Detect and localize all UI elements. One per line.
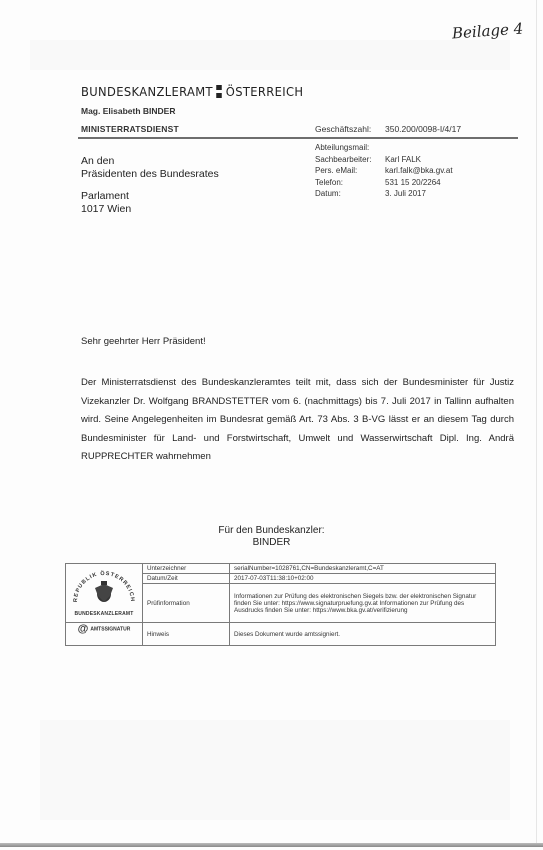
scan-bleed-through xyxy=(30,40,510,70)
recipient-line: 1017 Wien xyxy=(81,203,219,216)
recipient-address: An den Präsidenten des Bundesrates Parla… xyxy=(81,155,219,216)
note-value: Dieses Dokument wurde amtssigniert. xyxy=(230,623,496,646)
datetime-value: 2017-07-03T11:38:10+02:00 xyxy=(230,574,496,584)
meta-row: Sachbearbeiter:Karl FALK xyxy=(315,155,453,167)
signatory-name: BINDER xyxy=(0,537,543,549)
recipient-line: An den xyxy=(81,155,219,168)
meta-value: Karl FALK xyxy=(385,155,421,164)
seal-cell: REPUBLIK ÖSTERREICH BUNDESKANZLERAMT xyxy=(66,564,143,623)
meta-row: Datum:3. Juli 2017 xyxy=(315,189,453,201)
contact-meta: Abteilungsmail: Sachbearbeiter:Karl FALK… xyxy=(315,143,453,201)
amtssignatur-icon: @ xyxy=(78,623,89,635)
amtssignatur-label: AMTSSIGNATUR xyxy=(90,627,130,633)
salutation: Sehr geehrter Herr Präsident! xyxy=(81,336,206,347)
logo-left-text: BUNDESKANZLERAMT xyxy=(81,84,213,99)
meta-row: Telefon:531 15 20/2264 xyxy=(315,178,453,190)
meta-value: 3. Juli 2017 xyxy=(385,189,426,198)
department: MINISTERRATSDIENST xyxy=(81,124,179,134)
datetime-label: Datum/Zeit xyxy=(143,574,230,584)
reference-label: Geschäftszahl: xyxy=(315,124,371,134)
meta-label: Datum: xyxy=(315,189,385,198)
austrian-eagle-seal-icon: REPUBLIK ÖSTERREICH xyxy=(69,566,139,610)
sender-name: Mag. Elisabeth BINDER xyxy=(81,106,175,116)
seal-organization: BUNDESKANZLERAMT xyxy=(66,611,142,617)
reference-number: 350.200/0098-I/4/17 xyxy=(385,124,461,134)
closing: Für den Bundeskanzler: BINDER xyxy=(0,525,543,549)
handwritten-annotation: Beilage 4 xyxy=(451,20,523,43)
meta-label: Pers. eMail: xyxy=(315,166,385,175)
meta-label: Telefon: xyxy=(315,178,385,187)
austria-flag-mark-icon xyxy=(217,84,223,98)
recipient-line: Parlament xyxy=(81,190,219,203)
page-edge xyxy=(0,843,543,847)
closing-line: Für den Bundeskanzler: xyxy=(0,525,543,537)
meta-value: 531 15 20/2264 xyxy=(385,178,441,187)
signature-block: REPUBLIK ÖSTERREICH BUNDESKANZLERAMT Unt… xyxy=(65,563,496,646)
note-label: Hinweis xyxy=(143,623,230,646)
letter-body: Der Ministerratsdienst des Bundeskanzler… xyxy=(81,374,514,467)
signer-label: Unterzeichner xyxy=(143,564,230,574)
scan-bleed-through xyxy=(40,720,510,820)
logo-right-text: ÖSTERREICH xyxy=(226,84,304,99)
page-edge xyxy=(536,0,537,845)
meta-value: karl.falk@bka.gv.at xyxy=(385,166,453,175)
letterhead-logo: BUNDESKANZLERAMTÖSTERREICH xyxy=(81,84,303,99)
header-divider xyxy=(78,137,518,139)
verification-info: Informationen zur Prüfung des elektronis… xyxy=(230,584,496,623)
verification-label: Prüfinformation xyxy=(143,584,230,623)
signer-value: serialNumber=1028761,CN=Bundeskanzleramt… xyxy=(230,564,496,574)
amtssignatur-cell: @AMTSSIGNATUR xyxy=(66,623,143,646)
meta-label: Sachbearbeiter: xyxy=(315,155,385,164)
meta-row: Abteilungsmail: xyxy=(315,143,453,155)
recipient-line: Präsidenten des Bundesrates xyxy=(81,168,219,181)
meta-label: Abteilungsmail: xyxy=(315,143,385,152)
meta-row: Pers. eMail:karl.falk@bka.gv.at xyxy=(315,166,453,178)
